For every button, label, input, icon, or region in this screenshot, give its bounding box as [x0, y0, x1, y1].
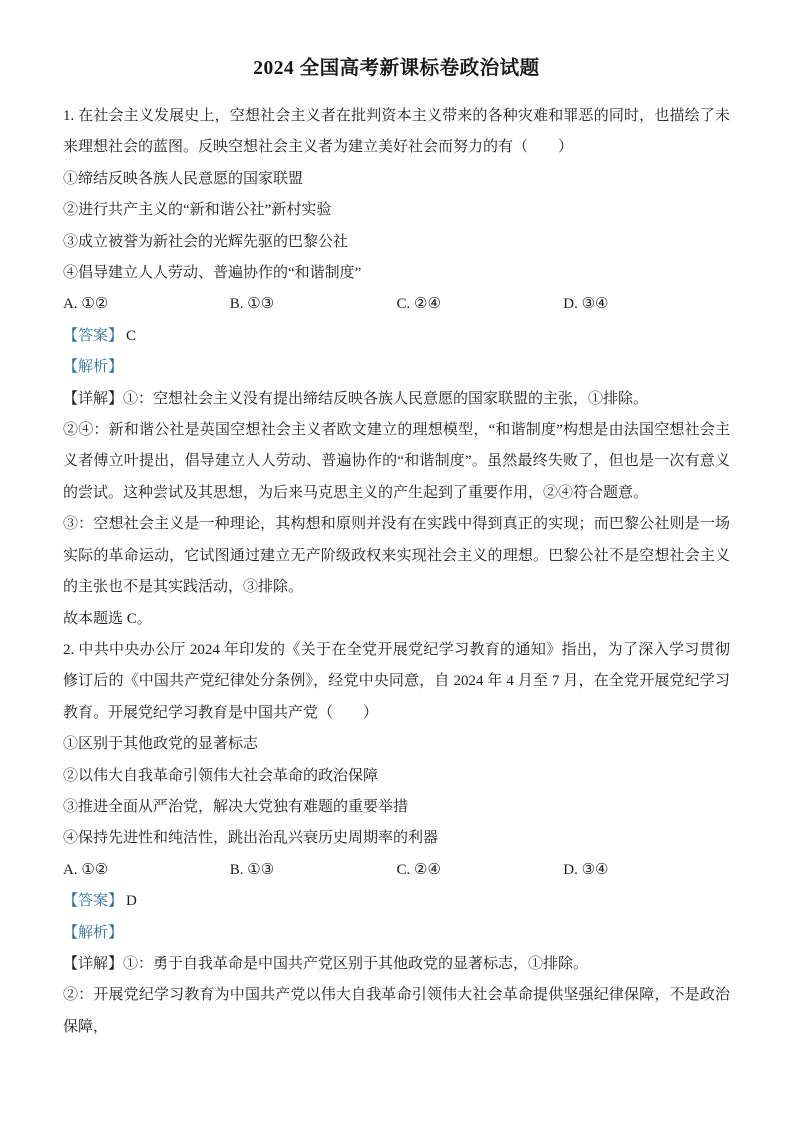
question-2-analysis-label: 【解析】 [63, 918, 730, 949]
question-2-item-2: ②以伟大自我革命引领伟大社会革命的政治保障 [63, 761, 730, 792]
question-1-stem: 1. 在社会主义发展史上，空想社会主义者在批判资本主义带来的各种灾难和罪恶的同时… [63, 101, 730, 164]
question-1-choices-row: A. ①② B. ①③ C. ②④ D. ③④ [63, 289, 730, 320]
question-1-choice-a: A. ①② [63, 289, 230, 320]
question-2-stem: 2. 中共中央办公厅 2024 年印发的《关于在全党开展党纪学习教育的通知》指出… [63, 635, 730, 729]
question-2-answer-label: 【答案】 [63, 893, 123, 909]
question-2-choice-b: B. ①③ [230, 855, 397, 886]
question-2-choice-c: C. ②④ [397, 855, 564, 886]
document-page: 2024 全国高考新课标卷政治试题 1. 在社会主义发展史上，空想社会主义者在批… [0, 0, 793, 1122]
question-1-item-2: ②进行共产主义的“新和谐公社”新村实验 [63, 195, 730, 226]
question-2-choice-d: D. ③④ [563, 855, 730, 886]
question-1-detail-paragraph-3: ③：空想社会主义是一种理论，其构想和原则并没有在实践中得到真正的实现；而巴黎公社… [63, 509, 730, 603]
question-1-choice-c: C. ②④ [397, 289, 564, 320]
question-block-1: 1. 在社会主义发展史上，空想社会主义者在批判资本主义带来的各种灾难和罪恶的同时… [63, 101, 730, 635]
question-1-item-3: ③成立被誉为新社会的光辉先驱的巴黎公社 [63, 227, 730, 258]
question-2-detail-paragraph-2: ②：开展党纪学习教育为中国共产党以伟大自我革命引领伟大社会革命提供坚强纪律保障，… [63, 980, 730, 1043]
question-1-answer-value: C [123, 328, 136, 344]
question-2-answer-value: D [123, 893, 137, 909]
question-1-answer-line: 【答案】C [63, 321, 730, 352]
question-1-detail-paragraph-2: ②④：新和谐公社是英国空想社会主义者欧文建立的理想模型，“和谐制度”构想是由法国… [63, 415, 730, 509]
question-1-analysis-label: 【解析】 [63, 352, 730, 383]
page-title: 2024 全国高考新课标卷政治试题 [63, 54, 730, 84]
question-2-item-1: ①区别于其他政党的显著标志 [63, 729, 730, 760]
question-2-item-3: ③推进全面从严治党，解决大党独有难题的重要举措 [63, 792, 730, 823]
question-2-detail-paragraph-1: 【详解】①：勇于自我革命是中国共产党区别于其他政党的显著标志，①排除。 [63, 949, 730, 980]
question-1-conclusion: 故本题选 C。 [63, 604, 730, 635]
question-2-choice-a: A. ①② [63, 855, 230, 886]
question-1-item-4: ④倡导建立人人劳动、普遍协作的“和谐制度” [63, 258, 730, 289]
question-2-item-4: ④保持先进性和纯洁性，跳出治乱兴衰历史周期率的利器 [63, 823, 730, 854]
question-block-2: 2. 中共中央办公厅 2024 年印发的《关于在全党开展党纪学习教育的通知》指出… [63, 635, 730, 1043]
question-1-choice-b: B. ①③ [230, 289, 397, 320]
question-1-choice-d: D. ③④ [563, 289, 730, 320]
question-2-answer-line: 【答案】D [63, 886, 730, 917]
question-1-detail-paragraph-1: 【详解】①：空想社会主义没有提出缔结反映各族人民意愿的国家联盟的主张，①排除。 [63, 384, 730, 415]
question-1-answer-label: 【答案】 [63, 328, 123, 344]
question-1-item-1: ①缔结反映各族人民意愿的国家联盟 [63, 164, 730, 195]
question-2-choices-row: A. ①② B. ①③ C. ②④ D. ③④ [63, 855, 730, 886]
